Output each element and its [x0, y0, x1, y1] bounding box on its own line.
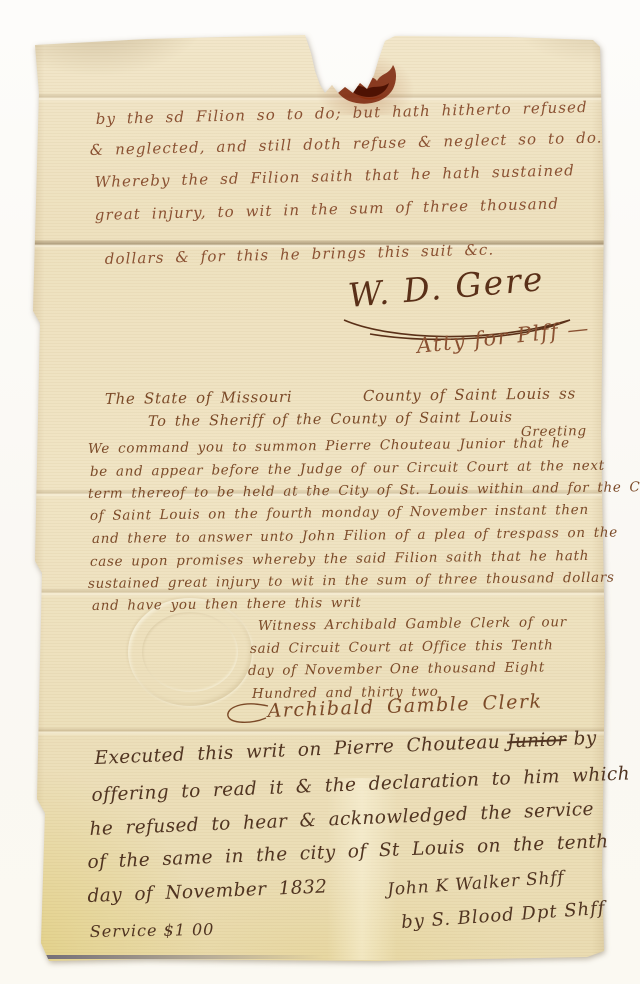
state-heading: The State of Missouri	[105, 388, 293, 408]
signature-flourish	[222, 700, 270, 726]
witness-line: said Circuit Court at Office this Tenth	[250, 637, 554, 657]
sheriff-signature: John K Walker Shff	[387, 868, 565, 900]
witness-line: day of November One thousand Eight	[248, 659, 545, 679]
handwriting-line: We command you to summon Pierre Chouteau…	[88, 435, 570, 457]
handwriting-line: be and appear before the Judge of our Ci…	[90, 458, 605, 480]
document-scan: by the sd Filion so to do; but hath hith…	[0, 0, 640, 984]
service-fee-note: Service $1 00	[90, 920, 215, 941]
handwriting-line: sustained great injury to wit in the sum…	[88, 570, 615, 592]
handwriting-line: case upon promises whereby the said Fili…	[90, 548, 589, 570]
handwriting-line: and there to answer unto John Filion of …	[92, 525, 618, 547]
handwriting-line: by the sd Filion so to do; but hath hith…	[96, 98, 588, 128]
handwriting-line: Executed this writ on Pierre ChouteauJun…	[94, 728, 597, 769]
salutation-line: To the Sheriff of the County of Saint Lo…	[148, 410, 513, 430]
handwriting-line: & neglected, and still doth refuse & neg…	[90, 128, 603, 159]
handwriting-line: dollars & for this he brings this suit &…	[105, 240, 495, 268]
handwriting-layer: by the sd Filion so to do; but hath hith…	[0, 0, 640, 984]
return-line-suffix: by	[573, 728, 597, 750]
handwriting-line: Whereby the sd Filion saith that he hath…	[95, 161, 575, 191]
deputy-sheriff-signature: by S. Blood Dpt Shff	[401, 898, 607, 933]
handwriting-line: term thereof to be held at the City of S…	[88, 479, 640, 502]
witness-line: Witness Archibald Gamble Clerk of our	[258, 614, 567, 634]
handwriting-line: great injury, to wit in the sum of three…	[95, 195, 560, 224]
handwriting-line: of the same in the city of St Louis on t…	[87, 831, 609, 873]
handwriting-line: and have you then there this writ	[92, 595, 362, 614]
county-heading: County of Saint Louis ss	[363, 384, 576, 405]
struck-word: Junior	[507, 729, 567, 752]
attorney-signature: W. D. Gere	[347, 259, 546, 315]
handwriting-line: of Saint Louis on the fourth monday of N…	[90, 502, 589, 524]
handwriting-line: day of November 1832	[87, 876, 328, 907]
return-line-prefix: Executed this writ on Pierre Chouteau	[94, 732, 500, 769]
